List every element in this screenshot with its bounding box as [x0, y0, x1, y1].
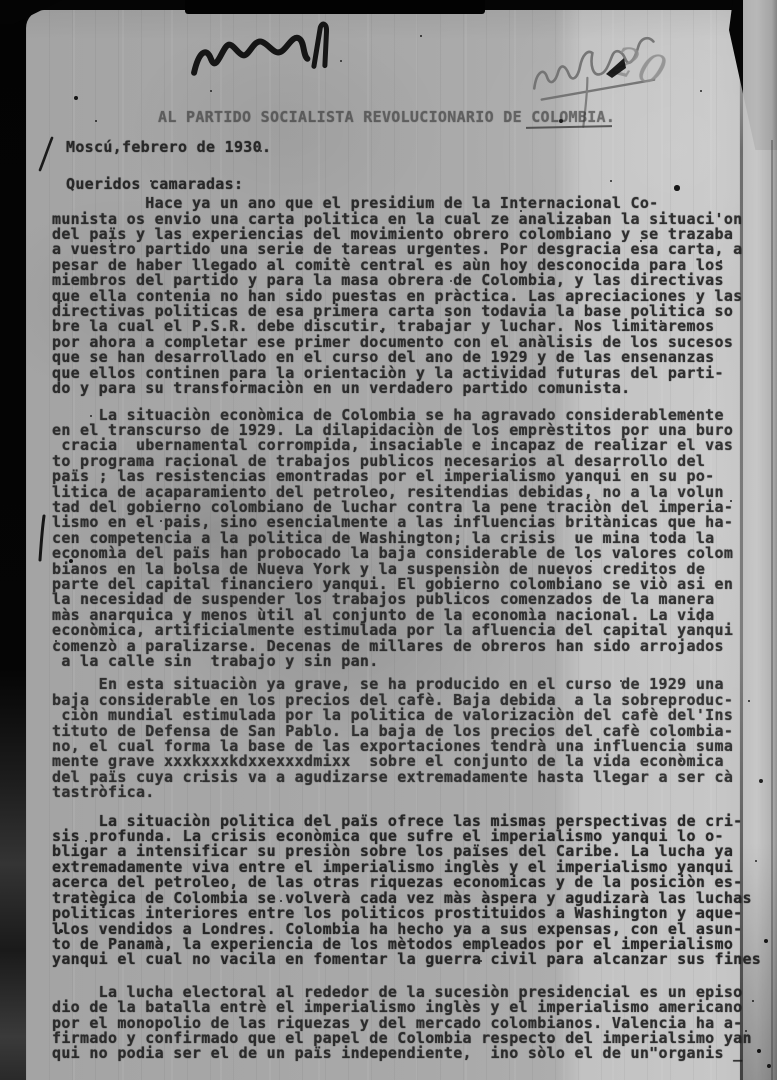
paragraph-5: La lucha electoral al rededor de la suce… — [52, 985, 757, 1062]
adjacent-page-edge-line — [771, 140, 773, 1080]
salutation: Queridos camaradas: — [66, 177, 757, 192]
scan-top-border-thick — [185, 0, 485, 14]
dateline: Moscú,febrero de 1930. — [66, 140, 757, 155]
ink-flag-mark — [604, 56, 630, 82]
paragraph-4: La situaciòn politica del païs ofrece la… — [52, 814, 757, 968]
document-heading: AL PARTIDO SOCIALISTA REVOLUCIONARIO DE … — [158, 110, 757, 125]
typed-text-column: AL PARTIDO SOCIALISTA REVOLUCIONARIO DE … — [52, 110, 757, 1062]
pen-margin-stroke — [36, 514, 48, 564]
scan-noise-speckles — [0, 0, 2, 2]
scan-left-border — [0, 0, 26, 1080]
scanned-document-page: 20 AL PARTIDO SOCIALISTA REVOLUCIONARIO … — [0, 0, 777, 1080]
paragraph-1: Hace ya un ano que el presidium de la In… — [52, 196, 757, 396]
paragraph-3: En esta situaciòn ya grave, se ha produc… — [52, 677, 757, 800]
paragraph-2: La situaciòn econòmica de Colombia se ha… — [52, 408, 757, 670]
ink-scribble-mark — [183, 19, 339, 91]
